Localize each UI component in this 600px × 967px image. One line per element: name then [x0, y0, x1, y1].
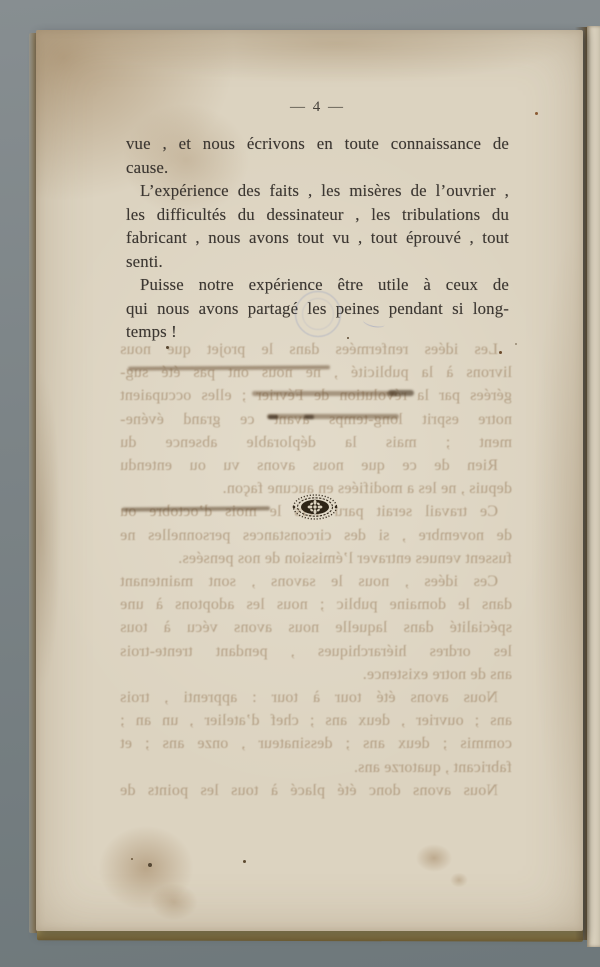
ink-smudge — [252, 391, 397, 396]
text-line: vue , et nous écrivons en toute connaiss… — [126, 132, 509, 156]
book-page: — 4 — vue , et nous écrivons en toute co… — [36, 30, 583, 931]
bleedthrough-line: ans de notre existence. — [120, 663, 512, 686]
foxing-speck — [347, 337, 349, 339]
text-line: L’expérience des faits , les misères de … — [126, 179, 509, 203]
bleedthrough-line: les ordres hiérarchiques , pendant trent… — [120, 640, 512, 663]
bleedthrough-line: gérées par la révolution de Février ; el… — [120, 384, 512, 407]
bleedthrough-line: Les idées renfermées dans le projet que … — [120, 338, 512, 361]
text-line: senti. — [126, 250, 509, 274]
bleedthrough-text: Les idées renfermées dans le projet que … — [120, 338, 512, 802]
bleedthrough-line: commis ; deux ans ; dessinateur , onze a… — [120, 732, 512, 755]
next-page-edge — [587, 26, 600, 947]
ink-smudge — [268, 415, 278, 419]
fleuron-ornament-icon — [292, 493, 338, 521]
page-number: — 4 — — [126, 99, 509, 116]
text-line: cause. — [126, 156, 509, 180]
bleedthrough-line: dans le domaine public ; nous les adopto… — [120, 593, 512, 616]
scan-background: — 4 — vue , et nous écrivons en toute co… — [0, 0, 600, 967]
bleedthrough-line: fussent venues entraver l’émission de no… — [120, 547, 512, 570]
foxing-speck — [131, 858, 133, 860]
foxing-speck — [243, 860, 246, 863]
bleedthrough-line: Nous avons été tour à tour : apprenti , … — [120, 686, 512, 709]
library-stamp-icon — [295, 291, 341, 337]
foxing-speck — [535, 112, 538, 115]
bleedthrough-line: de novembre , si des circonstances perso… — [120, 524, 512, 547]
bleedthrough-line: Nous avons donc été placé à tous les poi… — [120, 779, 512, 802]
bleedthrough-line: Rien de ce que nous avons vu ou entendu — [120, 454, 512, 477]
bleedthrough-line: ans ; ouvrier , deux ans ; chef d’atelie… — [120, 709, 512, 732]
ink-smudge — [304, 415, 314, 419]
bleedthrough-line: Ces idées , nous le savons , sont mainte… — [120, 570, 512, 593]
foxing-speck — [499, 351, 502, 354]
ink-smudge — [267, 414, 399, 419]
foxing-speck — [166, 346, 169, 349]
bleedthrough-line: spécialité dans laquelle nous avons vécu… — [120, 616, 512, 639]
text-line: fabricant , nous avons tout vu , tout ép… — [126, 226, 509, 250]
bleedthrough-line: notre esprit long-temps avant ce grand é… — [120, 408, 512, 431]
foxing-speck — [148, 863, 152, 867]
text-line: les difficultés du dessinateur , les tri… — [126, 203, 509, 227]
bleedthrough-line: ment ; mais la déplorable absence du — [120, 431, 512, 454]
foxing-speck — [515, 343, 517, 345]
bleedthrough-line: fabricant , quatorze ans. — [120, 756, 512, 779]
ink-smudge — [388, 390, 414, 396]
